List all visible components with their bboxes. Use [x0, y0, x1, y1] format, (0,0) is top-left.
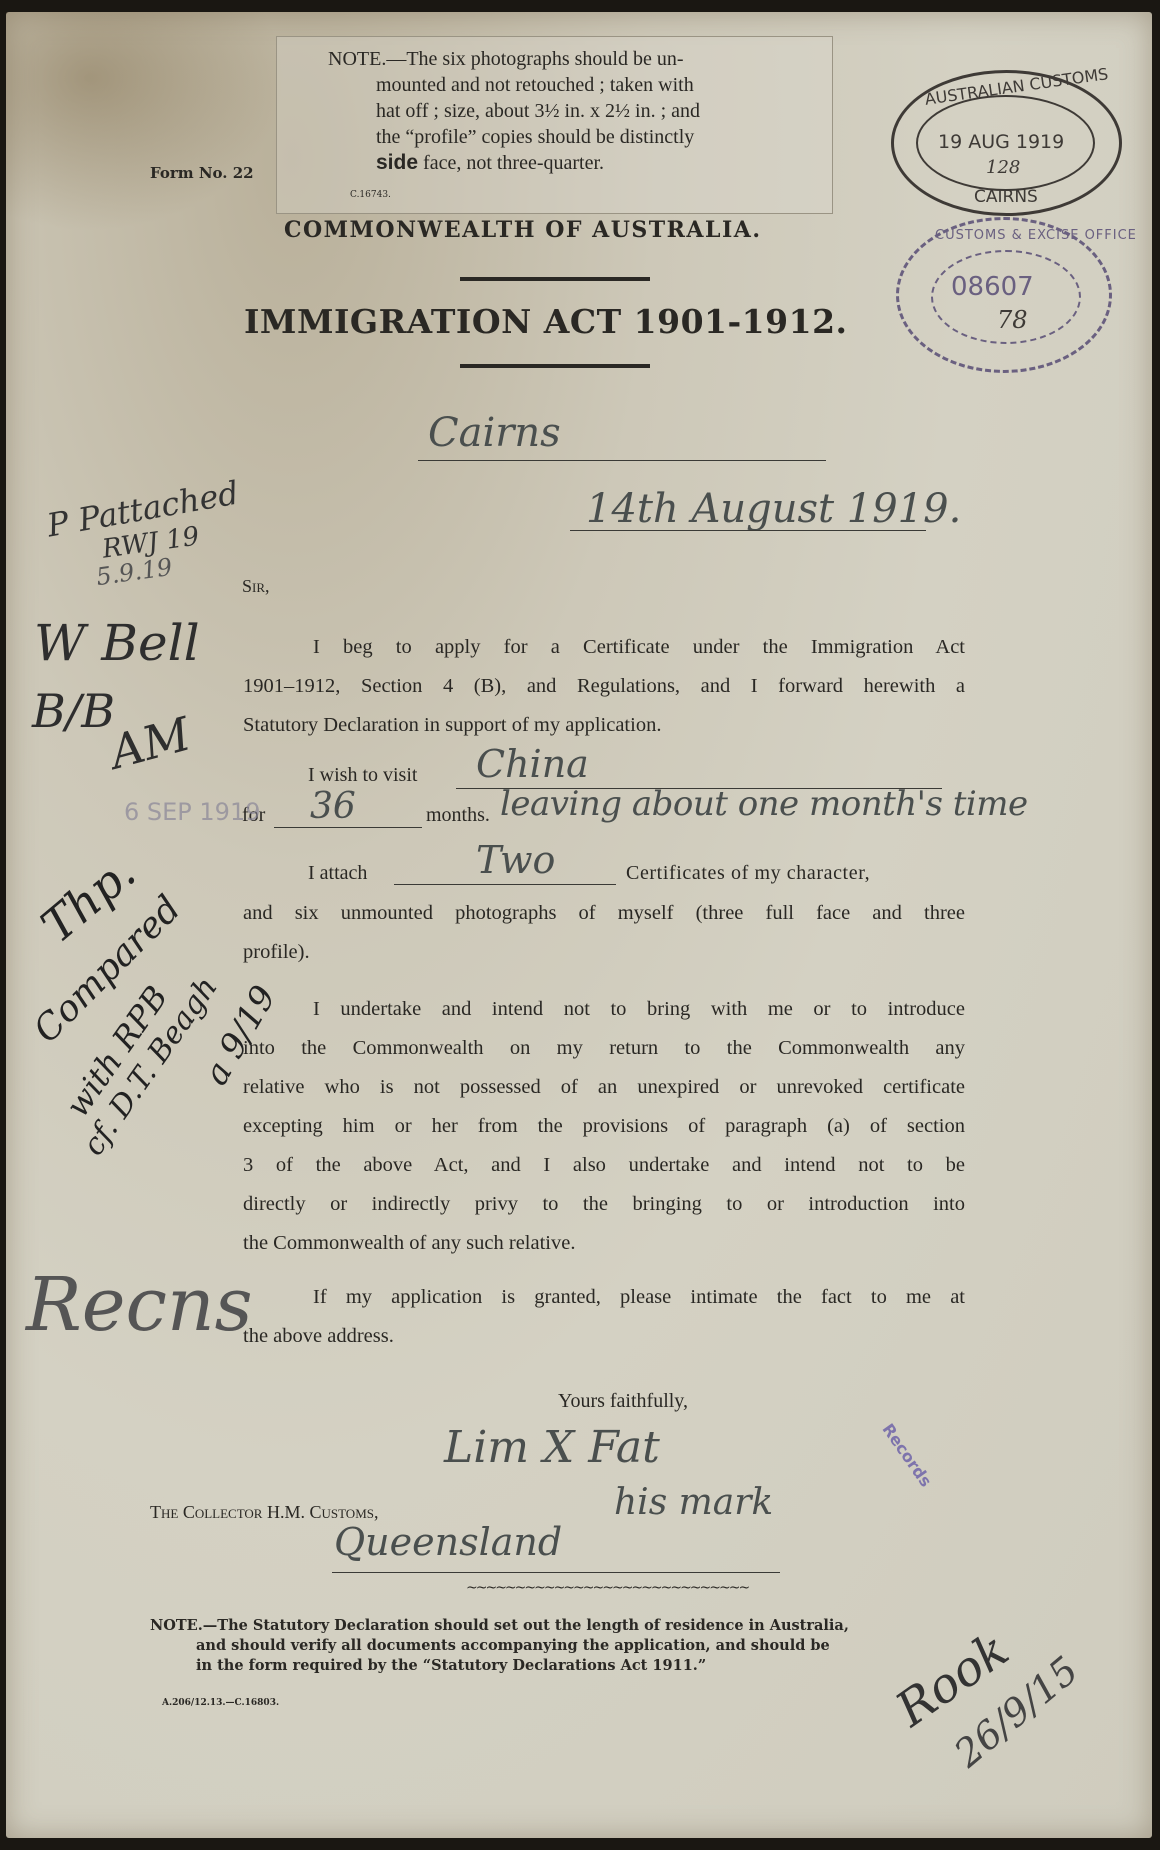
note-line: NOTE.—The Statutory Declaration should s… [150, 1616, 849, 1636]
print-code: A.206/12.13.—C.16803. [162, 1698, 279, 1708]
paragraph-line: 1901–1912, Section 4 (B), and Regulation… [243, 667, 965, 706]
photo-note-line: mounted and not retouched ; taken with [328, 72, 700, 98]
declaration-note: NOTE.—The Statutory Declaration should s… [150, 1616, 849, 1676]
visit-destination-field: China [476, 742, 589, 786]
margin-note-bb: B/B [32, 684, 115, 738]
paragraph-line: and six unmounted photographs of myself … [243, 894, 965, 933]
attach-label-after: Certificates of my character, [626, 862, 870, 885]
addressee-state: Queensland [334, 1520, 562, 1564]
form-number: Form No. 22 [150, 164, 254, 182]
signature-mark: his mark [614, 1482, 773, 1523]
paragraph-line: If my application is granted, please int… [243, 1278, 965, 1317]
title-rule [460, 364, 650, 368]
stamp-handwritten-number: 78 [997, 306, 1028, 334]
photo-note-line: NOTE.—The six photographs should be un- [328, 46, 700, 72]
visit-label: I wish to visit [308, 764, 417, 787]
months-label: months. [426, 804, 490, 827]
note-line: in the form required by the “Statutory D… [150, 1656, 849, 1676]
australian-customs-stamp: AUSTRALIAN CUSTOMS 19 AUG 1919 128 CAIRN… [891, 70, 1122, 216]
attach-label: I attach [308, 862, 367, 885]
photo-note-code: C.16743. [350, 190, 391, 200]
months-field: 36 [310, 786, 356, 827]
photos-paragraph: and six unmounted photographs of myself … [243, 894, 965, 972]
photo-note-emphasis: side [376, 151, 418, 174]
margin-note-am: AM [104, 707, 196, 780]
photo-note-text: NOTE.—The six photographs should be un- … [328, 46, 700, 176]
addressee-line [332, 1572, 780, 1573]
place-line [418, 460, 826, 461]
undertaking-paragraph: I undertake and intend not to bring with… [243, 990, 965, 1263]
paragraph-line: the Commonwealth of any such relative. [243, 1224, 965, 1263]
paragraph-line: the above address. [243, 1317, 965, 1356]
header-rule [460, 277, 650, 281]
application-paragraph: I beg to apply for a Certificate under t… [243, 628, 965, 745]
margin-note-name: W Bell [34, 614, 200, 672]
paragraph-line: I undertake and intend not to bring with… [243, 990, 965, 1029]
stamp-number: 08607 [951, 272, 1034, 302]
closing: Yours faithfully, [558, 1390, 688, 1413]
paragraph-line: 3 of the above Act, and I also undertake… [243, 1146, 965, 1185]
certificates-count-field: Two [476, 838, 555, 882]
commonwealth-header: COMMONWEALTH OF AUSTRALIA. [284, 217, 762, 243]
date-line [570, 530, 926, 531]
margin-note-recns: Recns [26, 1262, 253, 1348]
stamp-number: 128 [986, 157, 1020, 178]
act-title: IMMIGRATION ACT 1901-1912. [244, 302, 848, 341]
note-line: and should verify all documents accompan… [150, 1636, 849, 1656]
photo-note-line: the “profile” copies should be distinctl… [328, 124, 700, 150]
paragraph-line: profile). [243, 933, 965, 972]
place-handwritten: Cairns [428, 410, 561, 456]
records-stamp: Records [878, 1420, 935, 1490]
customs-excise-stamp: CUSTOMS & EXCISE OFFICE 08607 78 [896, 217, 1112, 373]
salutation: Sir, [242, 576, 270, 597]
stamp-place: CAIRNS [974, 187, 1038, 207]
stamp-ring-text: CUSTOMS & EXCISE OFFICE [935, 228, 1137, 243]
document-page: Form No. 22 NOTE.—The six photographs sh… [6, 12, 1152, 1838]
photo-note-line: face, not three-quarter. [418, 152, 604, 174]
paragraph-line: directly or indirectly privy to the brin… [243, 1185, 965, 1224]
attach-line [394, 884, 616, 885]
date-handwritten: 14th August 1919. [586, 486, 961, 532]
received-stamp-faint: 6 SEP 1919 [124, 798, 260, 826]
months-line [274, 827, 422, 828]
photo-note-line: hat off ; size, about 3½ in. x 2½ in. ; … [328, 98, 700, 124]
departure-remark: leaving about one month's time [500, 784, 1028, 824]
paragraph-line: I beg to apply for a Certificate under t… [243, 628, 965, 667]
wavy-divider: ~~~~~~~~~~~~~~~~~~~~~~~~~~~~~ [466, 1580, 748, 1596]
signature: Lim X Fat [444, 1422, 660, 1473]
paragraph-line: excepting him or her from the provisions… [243, 1107, 965, 1146]
granted-paragraph: If my application is granted, please int… [243, 1278, 965, 1356]
paragraph-line: Statutory Declaration in support of my a… [243, 706, 965, 745]
paragraph-line: into the Commonwealth on my return to th… [243, 1029, 965, 1068]
paragraph-line: relative who is not possessed of an unex… [243, 1068, 965, 1107]
stamp-date: 19 AUG 1919 [938, 131, 1064, 153]
